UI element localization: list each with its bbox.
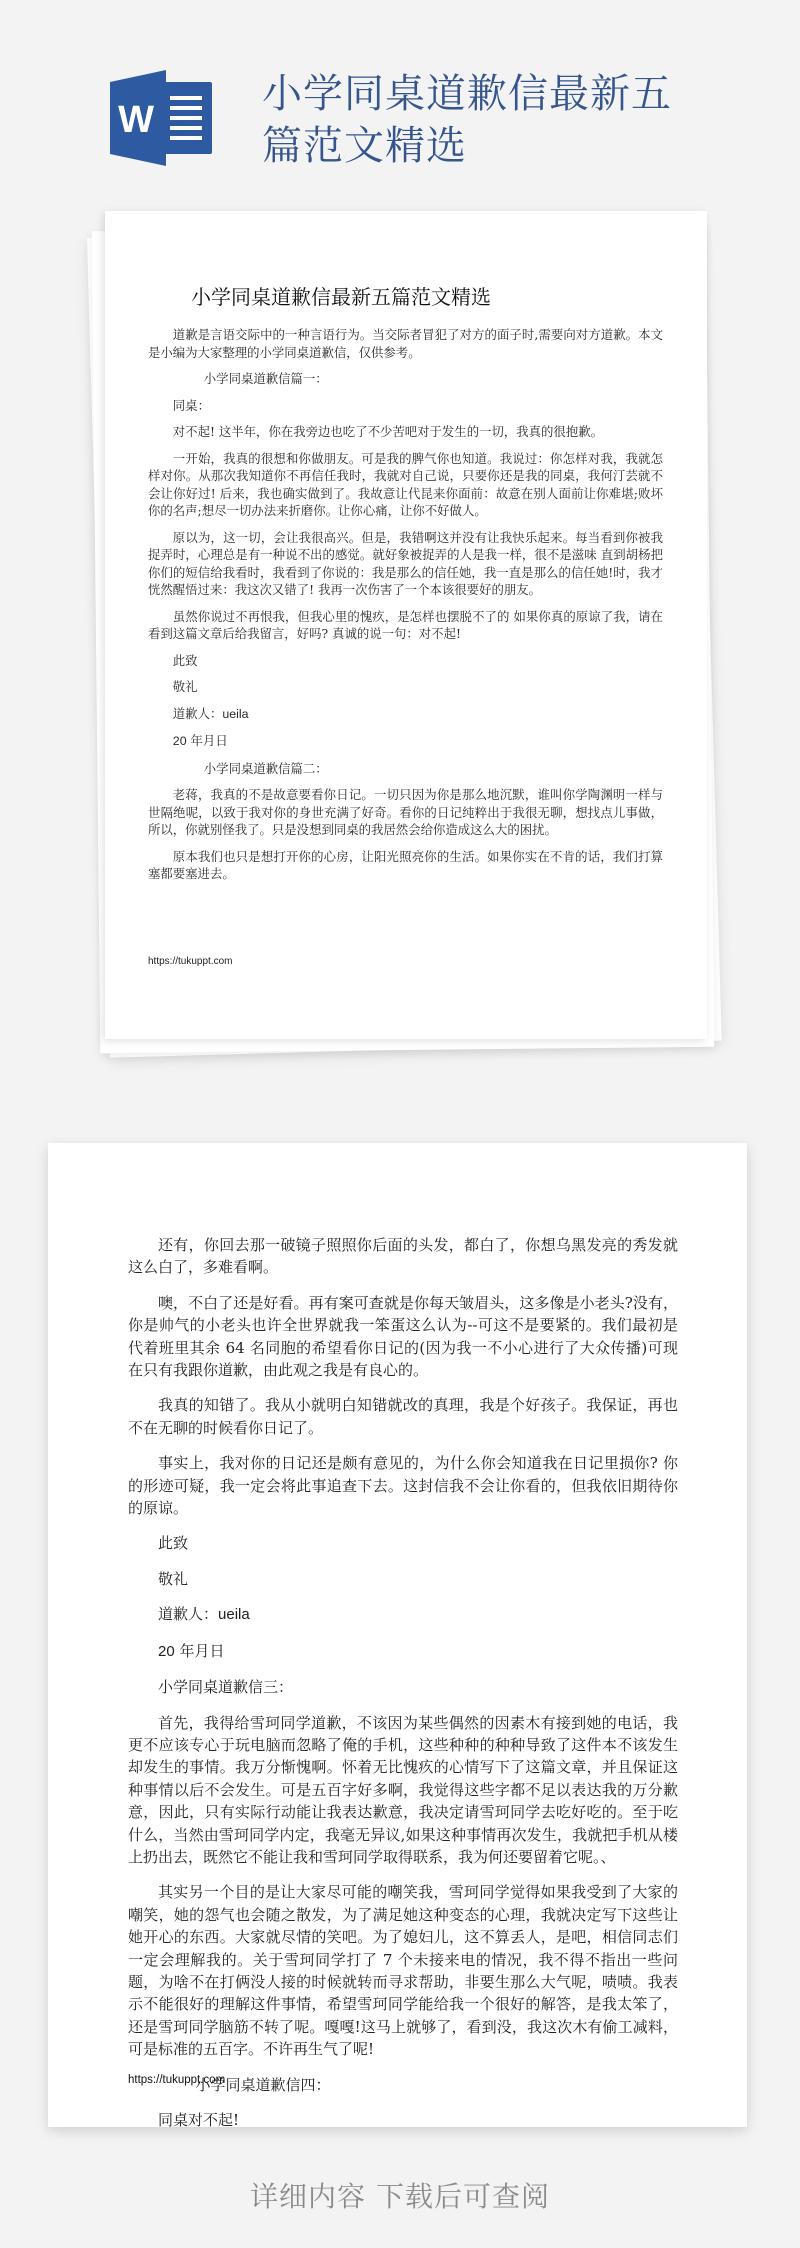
closing-line: 此致 (128, 1532, 678, 1554)
letter-4-first-line: 同桌对不起! (128, 2109, 678, 2131)
signer-label: 道歉人： (173, 706, 223, 721)
paragraph: 原以为，这一切，会让我很高兴。但是，我错啊这并没有让我快乐起来。每当看到你被我捉… (148, 529, 663, 599)
paragraph: 还有，你回去那一破镜子照照你后面的头发，都白了，你想乌黑发亮的秀发就这么白了，多… (128, 1234, 678, 1279)
paragraph: 噢，不白了还是好看。再有案可查就是你每天皱眉头，这多像是小老头?没有，你是帅气的… (128, 1292, 678, 1382)
paragraph: 虽然你说过不再恨我，但我心里的愧疚，是怎样也摆脱不了的 如果你真的原谅了我，请在… (148, 608, 663, 643)
document-page-1: 小学同桌道歉信最新五篇范文精选 道歉是言语交际中的一种言语行为。当交际者冒犯了对… (105, 211, 707, 1039)
paragraph: 事实上，我对你的日记还是颇有意见的，为什么你会知道我在日记里损你? 你的形迹可疑… (128, 1452, 678, 1519)
date-rest: 年月日 (175, 1642, 225, 1660)
closing-regards: 敬礼 (148, 678, 663, 696)
paragraph: 首先，我得给雪珂同学道歉，不该因为某些偶然的因素木有接到她的电话，我更不应该专心… (128, 1712, 678, 1869)
header: W 小学同桌道歉信最新五篇范文精选 (0, 0, 800, 190)
letter-1-heading: 小学同桌道歉信篇一： (148, 370, 663, 388)
paragraph: 一开始，我真的很想和你做朋友。可是我的脾气你也知道。我说过：你怎样对我，我就怎样… (148, 450, 663, 520)
download-prompt: 详细内容 下载后可查阅 (0, 2175, 800, 2215)
word-document-icon: W (110, 70, 214, 166)
paragraph: 我真的知错了。我从小就明白知错就改的真理，我是个好孩子。我保证，再也不在无聊的时… (128, 1394, 678, 1439)
signer-label: 道歉人： (158, 1605, 218, 1623)
date-year: 20 (173, 734, 187, 748)
signer-name: ueila (218, 1606, 250, 1623)
source-url: https://tukuppt.com (128, 2074, 225, 2086)
page-title: 小学同桌道歉信最新五篇范文精选 (262, 68, 712, 172)
paragraph: 老蒋，我真的不是故意要看你日记。一切只因为你是那么地沉默，谁叫你学陶渊明一样与世… (148, 786, 663, 839)
salutation: 同桌： (148, 397, 663, 415)
signer-name: ueila (222, 707, 248, 721)
paragraph: 对不起! 这半年，你在我旁边也吃了不少苦吧对于发生的一切，我真的很抱歉。 (148, 423, 663, 441)
page-2-body: 还有，你回去那一破镜子照照你后面的头发，都白了，你想乌黑发亮的秀发就这么白了，多… (128, 1234, 678, 2144)
date-rest: 年月日 (187, 733, 228, 748)
letter-2-heading: 小学同桌道歉信篇二： (148, 760, 663, 778)
paragraph: 其实另一个目的是让大家尽可能的嘲笑我，雪珂同学觉得如果我受到了大家的嘲笑，她的怨… (128, 1881, 678, 2060)
intro-paragraph: 道歉是言语交际中的一种言语行为。当交际者冒犯了对方的面子时,需要向对方道歉。本文… (148, 326, 663, 361)
date-year: 20 (158, 1643, 175, 1660)
letter-3-heading: 小学同桌道歉信三： (128, 1676, 678, 1698)
page-1-body: 道歉是言语交际中的一种言语行为。当交际者冒犯了对方的面子时,需要向对方道歉。本文… (148, 326, 663, 892)
paragraph: 原本我们也只是想打开你的心房，让阳光照亮你的生活。如果你实在不肯的话，我们打算塞… (148, 848, 663, 883)
document-title: 小学同桌道歉信最新五篇范文精选 (191, 281, 491, 310)
document-page-2: 还有，你回去那一破镜子照照你后面的头发，都白了，你想乌黑发亮的秀发就这么白了，多… (48, 1143, 747, 2127)
source-url: https://tukuppt.com (148, 956, 233, 967)
svg-text:W: W (118, 99, 154, 141)
signer: 道歉人：ueila (148, 705, 663, 724)
closing-regards: 敬礼 (128, 1568, 678, 1590)
date-line: 20 年月日 (148, 732, 663, 751)
closing-line: 此致 (148, 652, 663, 670)
signer: 道歉人：ueila (128, 1603, 678, 1626)
word-cover-shape: W (110, 70, 180, 166)
date-line: 20 年月日 (128, 1640, 678, 1663)
